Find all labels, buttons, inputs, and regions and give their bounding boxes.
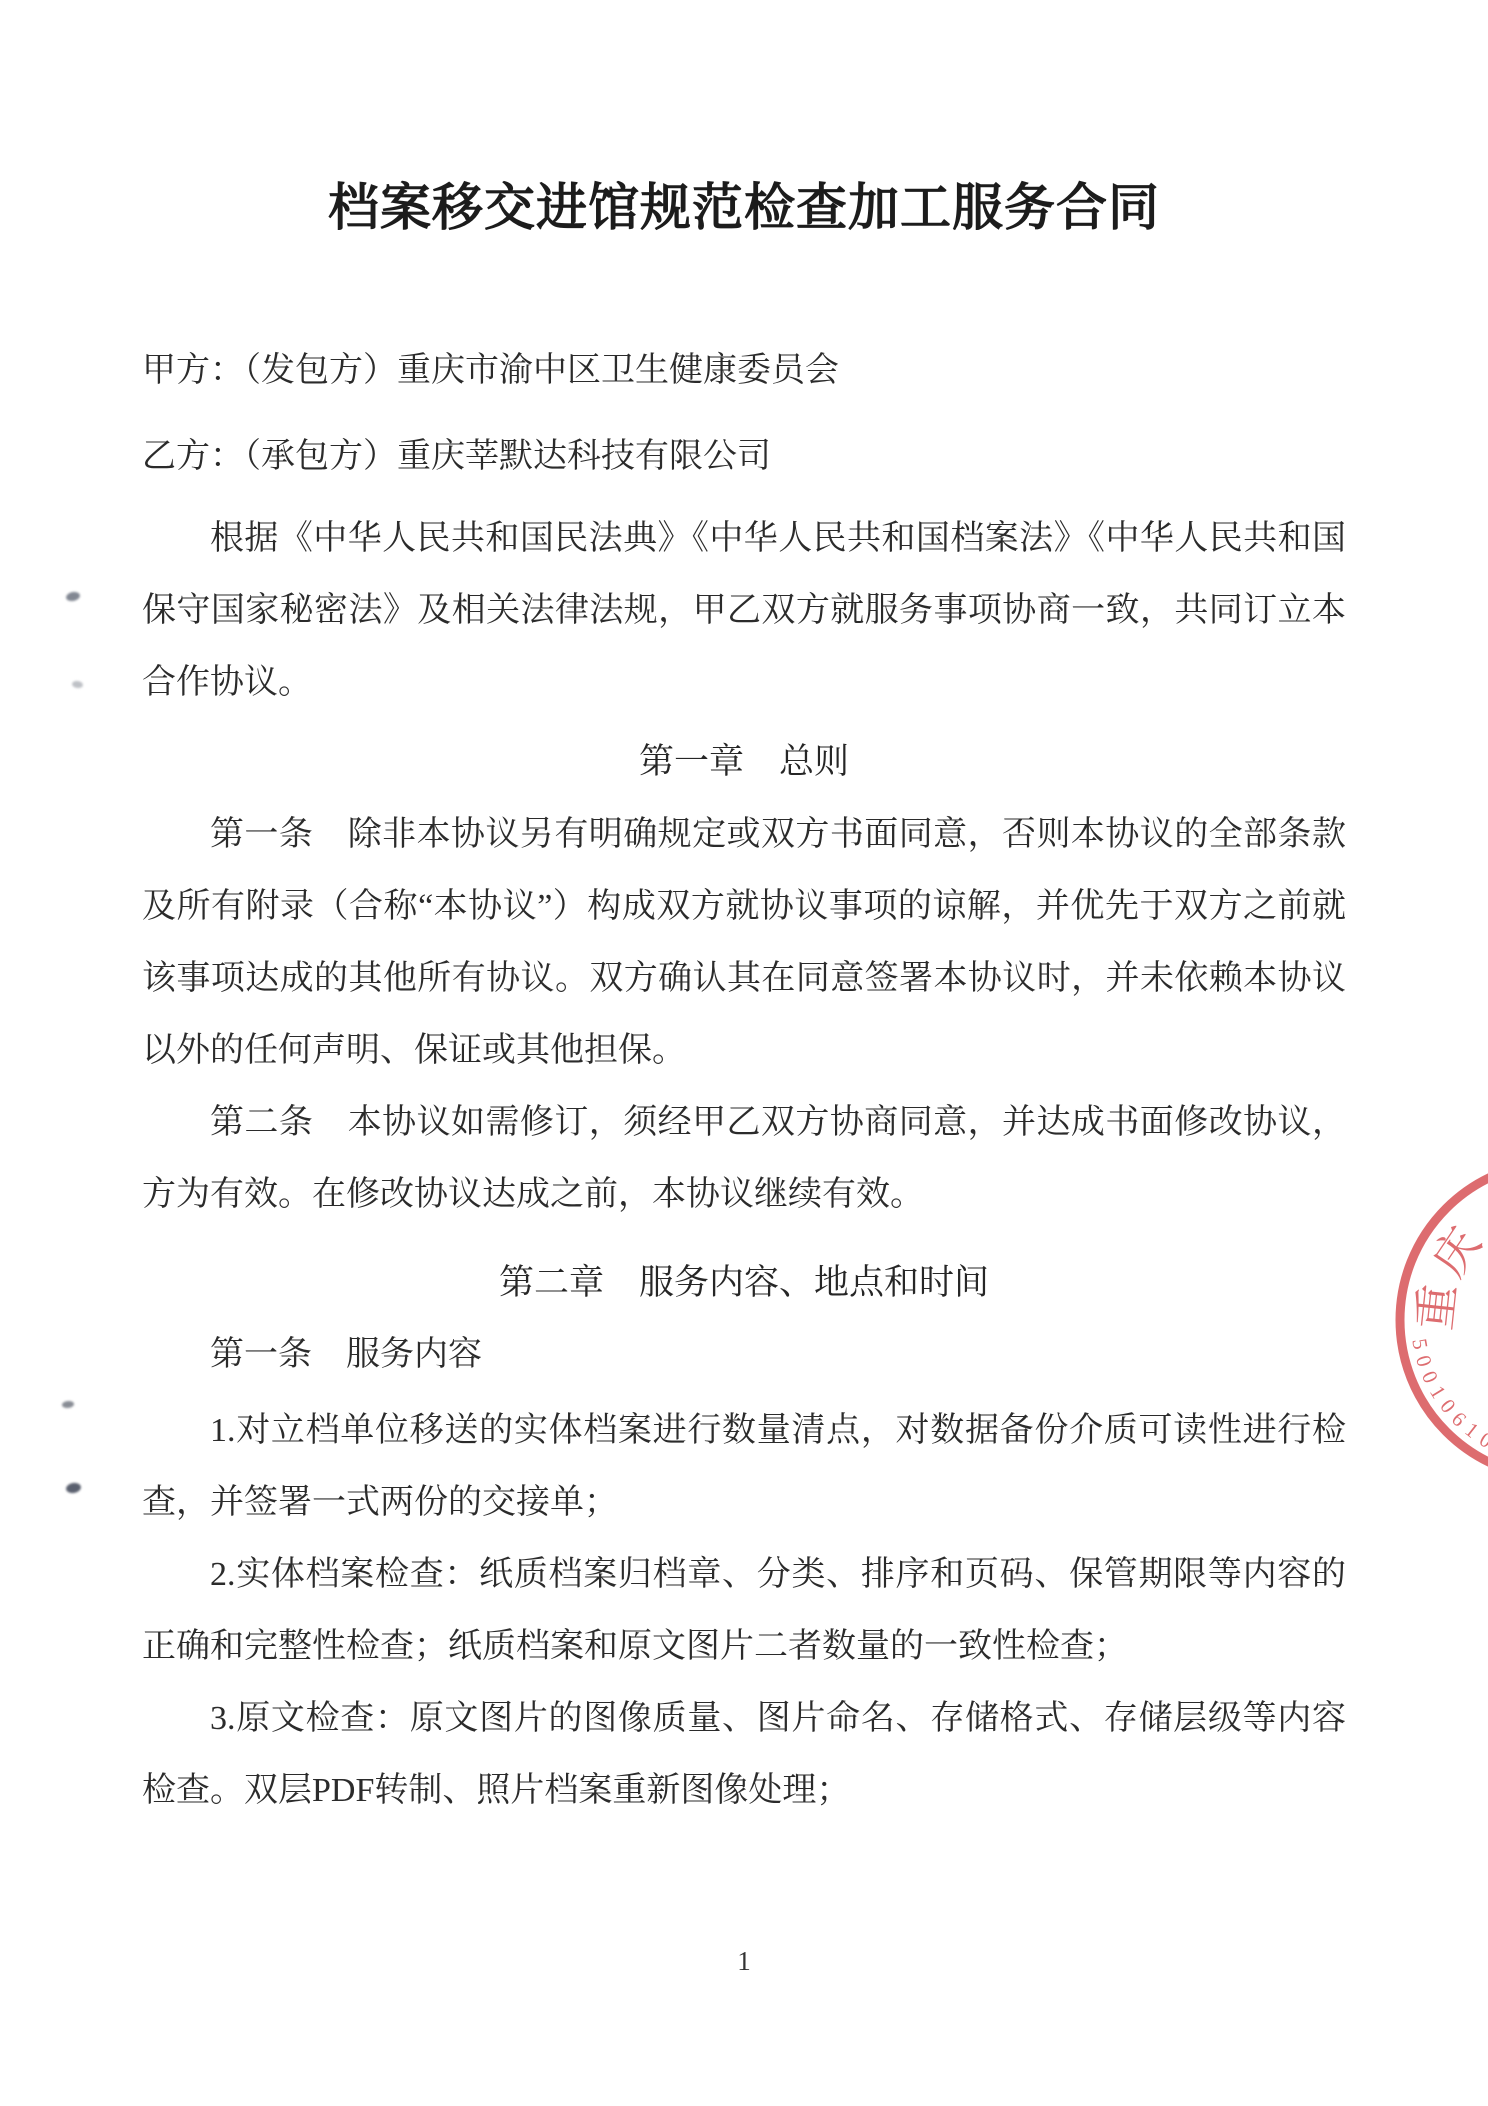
preamble-paragraph: 根据《中华人民共和国民法典》《中华人民共和国档案法》《中华人民共和国保守国家秘密… bbox=[142, 503, 1346, 719]
document-title: 档案移交进馆规范检查加工服务合同 bbox=[0, 166, 1488, 240]
stamp-digit: 0 bbox=[1475, 1427, 1488, 1453]
chapter-1-article-1: 第一条 除非本协议另有明确规定或双方书面同意，否则本协议的全部条款及所有附录（合… bbox=[142, 799, 1346, 1087]
stamp-digit: 5 bbox=[1407, 1337, 1432, 1352]
service-item-2: 2.实体档案检查：纸质档案归档章、分类、排序和页码、保管期限等内容的正确和完整性… bbox=[142, 1539, 1346, 1683]
ink-smudge bbox=[62, 1400, 75, 1408]
ink-smudge bbox=[72, 680, 84, 688]
stamp-digit: 0 bbox=[1435, 1394, 1460, 1417]
chapter-2-article-1-heading: 第一条 服务内容 bbox=[142, 1319, 1346, 1391]
stamp-digit: 1 bbox=[1425, 1381, 1451, 1402]
stamp-digit: 0 bbox=[1417, 1367, 1443, 1386]
stamp-digit: 6 bbox=[1447, 1407, 1471, 1431]
contract-page: 档案移交进馆规范检查加工服务合同 甲方：（发包方）重庆市渝中区卫生健康委员会 乙… bbox=[0, 0, 1488, 2106]
stamp-char-1: 重 bbox=[1409, 1281, 1465, 1332]
chapter-1-heading: 第一章 总则 bbox=[142, 726, 1346, 798]
stamp-digit: 1 bbox=[1460, 1417, 1483, 1442]
stamp-digit: 0 bbox=[1411, 1352, 1437, 1369]
official-seal-stamp: 重 庆 5 0 0 1 0 6 1 0 bbox=[1383, 1150, 1488, 1480]
party-b-line: 乙方：（承包方）重庆莘默达科技有限公司 bbox=[142, 421, 1346, 493]
ink-smudge bbox=[65, 591, 81, 603]
stamp-char-2: 庆 bbox=[1423, 1219, 1488, 1286]
chapter-2-heading: 第二章 服务内容、地点和时间 bbox=[142, 1247, 1346, 1319]
service-item-3: 3.原文检查：原文图片的图像质量、图片命名、存储格式、存储层级等内容检查。双层P… bbox=[142, 1683, 1346, 1827]
chapter-1-article-2: 第二条 本协议如需修订，须经甲乙双方协商同意，并达成书面修改协议，方为有效。在修… bbox=[142, 1087, 1346, 1231]
party-a-line: 甲方：（发包方）重庆市渝中区卫生健康委员会 bbox=[142, 335, 1346, 407]
service-item-1: 1.对立档单位移送的实体档案进行数量清点，对数据备份介质可读性进行检查，并签署一… bbox=[142, 1395, 1346, 1539]
ink-smudge bbox=[65, 1482, 82, 1494]
stamp-ring bbox=[1400, 1162, 1488, 1478]
page-number: 1 bbox=[0, 1944, 1488, 1978]
